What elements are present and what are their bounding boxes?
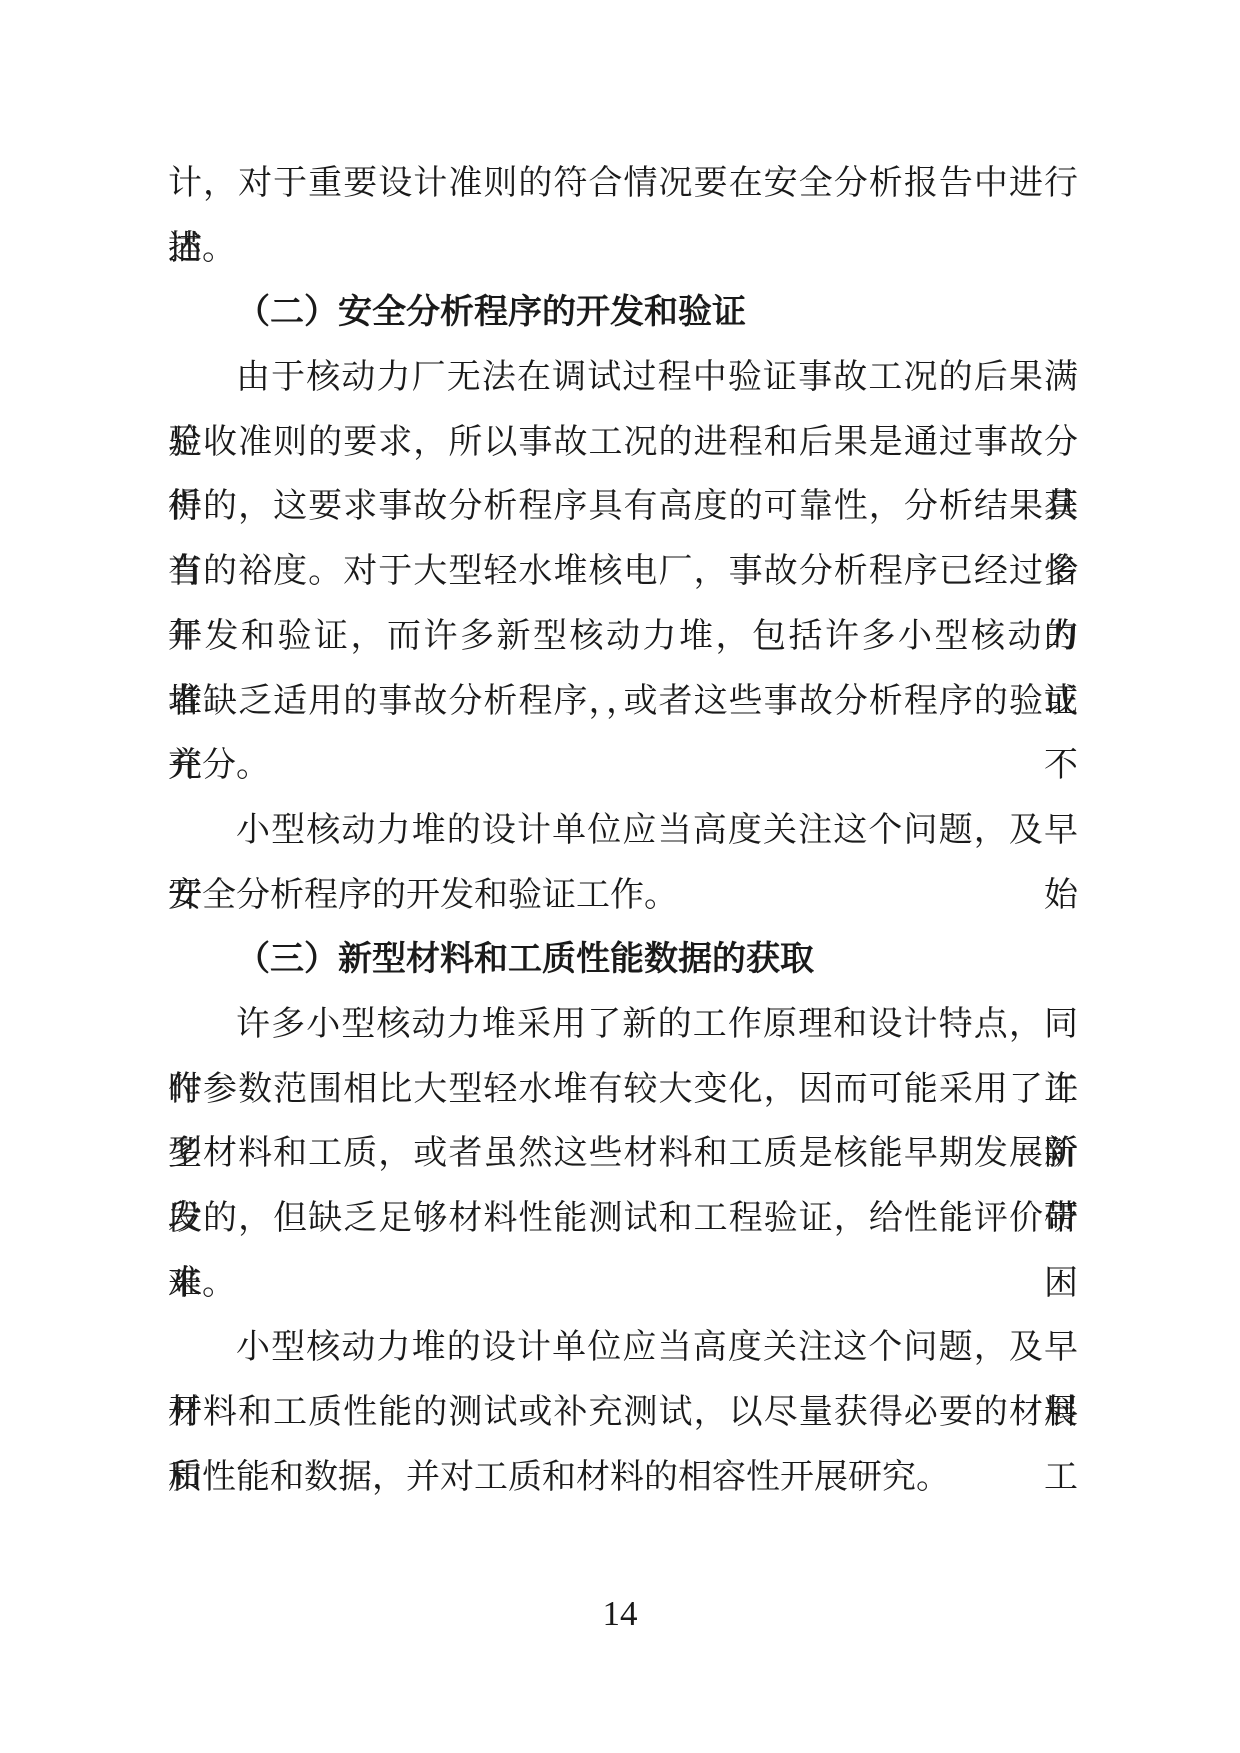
text-line: 开发和验证，而许多新型核动力堆，包括许多小型核动力堆，或: [168, 605, 1078, 670]
text-line: 质性能和数据，并对工质和材料的相容性开展研究。: [168, 1446, 1078, 1511]
text-line: 当的裕度。对于大型轻水堆核电厂，事故分析程序已经过多年的: [168, 540, 1078, 605]
section-heading: （三）新型材料和工质性能数据的获取: [168, 928, 1078, 993]
text-line: 计，对于重要设计准则的符合情况要在安全分析报告中进行描: [168, 152, 1078, 217]
document-page: 计，对于重要设计准则的符合情况要在安全分析报告中进行描述。（二）安全分析程序的开…: [0, 0, 1240, 1753]
text-line: 小型核动力堆的设计单位应当高度关注这个问题，及早开始: [168, 799, 1078, 864]
text-line: 述。: [168, 217, 1078, 282]
document-content: 计，对于重要设计准则的符合情况要在安全分析报告中进行描述。（二）安全分析程序的开…: [168, 152, 1078, 1510]
text-line: 得的，这要求事故分析程序具有高度的可靠性，分析结果具有恰: [168, 475, 1078, 540]
text-line: 者缺乏适用的事故分析程序，或者这些事故分析程序的验证并不: [168, 670, 1078, 735]
page-number: 14: [0, 1594, 1240, 1634]
text-line: 许多小型核动力堆采用了新的工作原理和设计特点，同时工: [168, 993, 1078, 1058]
text-line: 作参数范围相比大型轻水堆有较大变化，因而可能采用了许多新: [168, 1058, 1078, 1123]
text-line: 小型核动力堆的设计单位应当高度关注这个问题，及早开展: [168, 1316, 1078, 1381]
text-line: 型材料和工质，或者虽然这些材料和工质是核能早期发展阶段研: [168, 1122, 1078, 1187]
section-heading: （二）安全分析程序的开发和验证: [168, 281, 1078, 346]
text-line: 由于核动力厂无法在调试过程中验证事故工况的后果满足: [168, 346, 1078, 411]
text-line: 验收准则的要求，所以事故工况的进程和后果是通过事故分析获: [168, 411, 1078, 476]
text-line: 发的，但缺乏足够材料性能测试和工程验证，给性能评价带来困: [168, 1187, 1078, 1252]
text-line: 材料和工质性能的测试或补充测试，以尽量获得必要的材料和工: [168, 1381, 1078, 1446]
